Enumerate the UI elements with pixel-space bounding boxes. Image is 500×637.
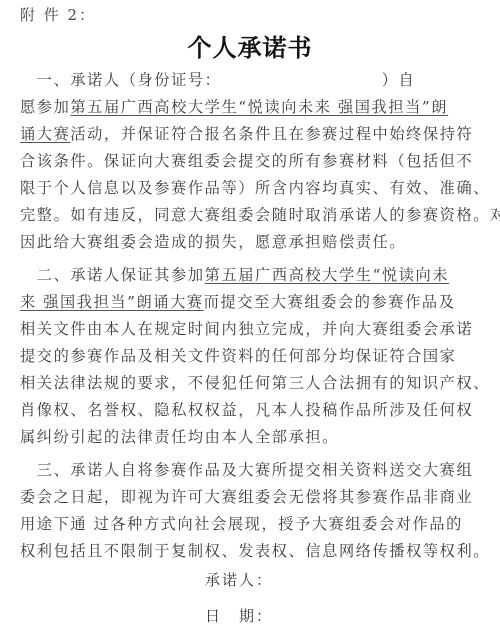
text-line: 愿参加第五届广西高校大学生“悦读向未来 强国我担当”朗 bbox=[20, 94, 425, 121]
text-span: 限于个人信息以及参赛作品等）所含内容均真实、有效、准确、 bbox=[20, 179, 490, 197]
text-span: ）自 bbox=[214, 71, 415, 89]
text-span: 合该条件。保证向大赛组委会提交的所有参赛材料（包括但不 bbox=[20, 152, 473, 170]
text-line: 属纠纷引起的法律责任均由本人全部承担。 bbox=[20, 424, 425, 451]
text-span: 委会之日起，即视为许可大赛组委会无偿将其参赛作品非商业 bbox=[20, 488, 473, 506]
commitment-section-3: 三、承诺人自将参赛作品及大赛所提交相关资料送交大赛组委会之日起，即视为许可大赛组… bbox=[20, 457, 425, 565]
attachment-label: 附 件 2： bbox=[20, 4, 96, 25]
document-page: 附 件 2： 个人承诺书 一、承诺人（身份证号： ）自愿参加第五届广西高校大学生… bbox=[0, 0, 500, 637]
text-line: 三、承诺人自将参赛作品及大赛所提交相关资料送交大赛组 bbox=[20, 457, 425, 484]
text-line: 提交的参赛作品及相关文件资料的任何部分均保证符合国家 bbox=[20, 343, 425, 370]
text-line: 二、承诺人保证其参加第五届广西高校大学生“悦读向未 bbox=[20, 262, 425, 289]
text-span: 因此给大赛组委会造成的损失，愿意承担赔偿责任。 bbox=[20, 233, 406, 251]
underlined-event-name: 来 强国我担当”朗诵大赛 bbox=[20, 293, 204, 311]
text-span: 而提交至大赛组委会的参赛作品及 bbox=[204, 293, 456, 311]
text-line: 一、承诺人（身份证号： ）自 bbox=[20, 67, 425, 94]
text-span: 愿参加 bbox=[20, 98, 70, 116]
text-line: 限于个人信息以及参赛作品等）所含内容均真实、有效、准确、 bbox=[20, 175, 425, 202]
text-span: 属纠纷引起的法律责任均由本人全部承担。 bbox=[20, 428, 339, 446]
text-line: 合该条件。保证向大赛组委会提交的所有参赛材料（包括但不 bbox=[20, 148, 425, 175]
text-span: 相关文件由本人在规定时间内独立完成，并向大赛组委会承诺 bbox=[20, 320, 473, 338]
text-line: 诵大赛活动，并保证符合报名条件且在参赛过程中始终保持符 bbox=[20, 121, 425, 148]
promisor-signature-label: 承诺人： bbox=[205, 569, 273, 590]
underlined-event-name: 诵大赛 bbox=[20, 125, 70, 143]
text-line: 肖像权、名誉权、隐私权权益，凡本人投稿作品所涉及任何权 bbox=[20, 397, 425, 424]
commitment-section-1: 一、承诺人（身份证号： ）自愿参加第五届广西高校大学生“悦读向未来 强国我担当”… bbox=[20, 67, 425, 256]
commitment-section-2: 二、承诺人保证其参加第五届广西高校大学生“悦读向未来 强国我担当”朗诵大赛而提交… bbox=[20, 262, 425, 451]
text-span: 二、承诺人保证其参加 bbox=[20, 266, 205, 284]
text-span: 完整。如有违反，同意大赛组委会随时取消承诺人的参赛资格。对 bbox=[20, 206, 500, 224]
text-line: 委会之日起，即视为许可大赛组委会无偿将其参赛作品非商业 bbox=[20, 484, 425, 511]
text-line: 相关法律法规的要求，不侵犯任何第三人合法拥有的知识产权、 bbox=[20, 370, 425, 397]
document-title: 个人承诺书 bbox=[0, 28, 500, 63]
text-span: 用途下通 过各种方式向社会展现，授予大赛组委会对作品的 bbox=[20, 515, 463, 533]
date-label: 日 期： bbox=[205, 605, 273, 626]
text-line: 用途下通 过各种方式向社会展现，授予大赛组委会对作品的 bbox=[20, 511, 425, 538]
text-span: 活动，并保证符合报名条件且在参赛过程中始终保持符 bbox=[70, 125, 473, 143]
text-line: 因此给大赛组委会造成的损失，愿意承担赔偿责任。 bbox=[20, 229, 425, 256]
text-span: 一、承诺人（身份证号： bbox=[20, 71, 214, 89]
underlined-event-name: 第五届广西高校大学生“悦读向未来 强国我担当”朗 bbox=[70, 98, 448, 116]
text-span: 相关法律法规的要求，不侵犯任何第三人合法拥有的知识产权、 bbox=[20, 374, 490, 392]
underlined-event-name: 第五届广西高校大学生“悦读向未 bbox=[205, 266, 449, 284]
text-line: 来 强国我担当”朗诵大赛而提交至大赛组委会的参赛作品及 bbox=[20, 289, 425, 316]
text-line: 权利包括且不限制于复制权、发表权、信息网络传播权等权利。 bbox=[20, 538, 425, 565]
text-span: 提交的参赛作品及相关文件资料的任何部分均保证符合国家 bbox=[20, 347, 456, 365]
text-span: 肖像权、名誉权、隐私权权益，凡本人投稿作品所涉及任何权 bbox=[20, 401, 473, 419]
text-span: 三、承诺人自将参赛作品及大赛所提交相关资料送交大赛组 bbox=[20, 461, 473, 479]
text-span: 权利包括且不限制于复制权、发表权、信息网络传播权等权利。 bbox=[20, 542, 490, 560]
text-line: 完整。如有违反，同意大赛组委会随时取消承诺人的参赛资格。对 bbox=[20, 202, 425, 229]
text-line: 相关文件由本人在规定时间内独立完成，并向大赛组委会承诺 bbox=[20, 316, 425, 343]
